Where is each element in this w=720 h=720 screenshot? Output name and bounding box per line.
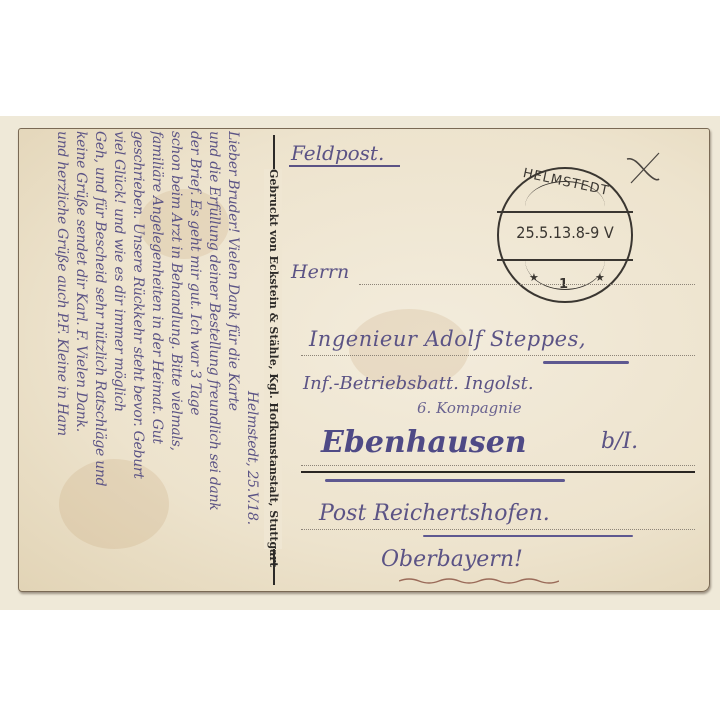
post-office: Post Reichertshofen. [319, 501, 550, 526]
message-line: familiäre Angelegenheiten in der Heimat.… [147, 131, 166, 591]
name-underline [543, 361, 629, 364]
feldpost-header: Feldpost. [289, 141, 400, 167]
star-icon: ★ [529, 271, 539, 284]
star-icon: ★ [595, 271, 605, 284]
address-rule [301, 465, 695, 466]
address-rule [301, 529, 695, 530]
recipient-unit: Inf.-Betriebsbatt. Ingolst. [303, 373, 534, 394]
recipient-town-suffix: b/I. [601, 429, 638, 454]
message-line: geschrieben. Unsere Rückkehr steht bevor… [128, 131, 147, 591]
postcard: Helmstedt, 25.V.18. Lieber Bruder! Viele… [18, 128, 710, 592]
message-line: und herzliche Grüße auch P.F. Kleine in … [52, 131, 71, 591]
address-solid-rule [301, 471, 695, 473]
postmark-band [497, 211, 633, 213]
message-line: keine Grüße sendet dir Karl. F. Vielen D… [71, 131, 90, 591]
town-underline [325, 479, 565, 482]
recipient-region: Oberbayern! [381, 547, 523, 572]
address-rule [359, 284, 695, 285]
postmark: HELMSTEDT 25.5.13.8-9 V ★ ★ 1 [497, 167, 633, 303]
recipient-town: Ebenhausen [321, 425, 527, 460]
recipient-company: 6. Kompagnie [417, 399, 522, 417]
printer-imprint: Gebruckt von Eckstein & Stähle, Kgl. Hof… [264, 169, 282, 549]
region-wavy-underline [399, 577, 559, 585]
message-line: schon beim Arzt in Behandlung. Bitte vie… [166, 131, 185, 591]
salutation: Herrn [291, 261, 349, 283]
message-line: der Brief. Es geht mir gut. Ich war 3 Ta… [185, 131, 204, 591]
message-line: viel Glück! und wie es dir immer möglich [109, 131, 128, 591]
message-line: Geh, und für Bescheid sehr nützlich Rats… [90, 131, 109, 591]
handwritten-message: Helmstedt, 25.V.18. Lieber Bruder! Viele… [21, 131, 261, 591]
recipient-name: Ingenieur Adolf Steppes, [309, 327, 586, 351]
address-rule [301, 355, 695, 356]
pencil-cross-icon [625, 151, 661, 185]
post-office-underline [423, 535, 633, 537]
message-line: Lieber Bruder! Vielen Dank für die Karte [223, 131, 242, 591]
message-date: Helmstedt, 25.V.18. [242, 131, 261, 591]
message-line: und die Erfüllung deiner Bestellung freu… [204, 131, 223, 591]
